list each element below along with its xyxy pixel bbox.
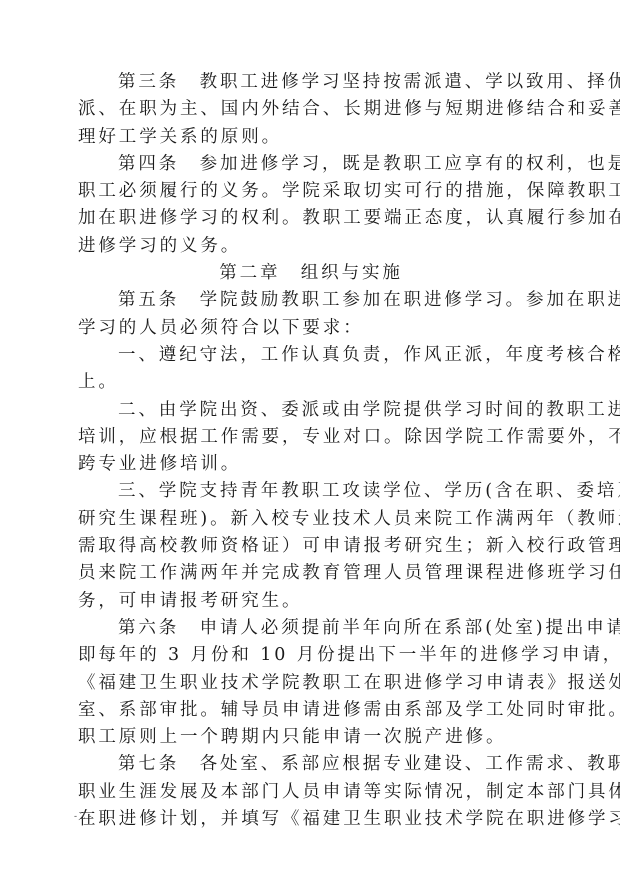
article-4-line-1: 第四条 参加进修学习，既是教职工应享有的权利，也是教 (78, 151, 544, 178)
item-2-line-2: 培训，应根据工作需要，专业对口。除因学院工作需要外，不得 (78, 424, 544, 451)
page-number: - 2 - (74, 812, 92, 822)
article-5-line-2: 学习的人员必须符合以下要求： (78, 315, 544, 342)
article-6-line-5: 职工原则上一个聘期内只能申请一次脱产进修。 (78, 724, 544, 751)
item-3-line-4: 员来院工作满两年并完成教育管理人员管理课程进修班学习任 (78, 560, 544, 587)
article-4-line-3: 加在职进修学习的权利。教职工要端正态度，认真履行参加在职 (78, 205, 544, 232)
item-3-line-1: 三、学院支持青年教职工攻读学位、学历(含在职、委培及 (78, 478, 544, 505)
article-7-line-3: 在职进修计划，并填写《福建卫生职业技术学院在职进修学习计 (78, 806, 544, 833)
article-3-line-3: 理好工学关系的原则。 (78, 124, 544, 151)
article-3-line-2: 派、在职为主、国内外结合、长期进修与短期进修结合和妥善处 (78, 96, 544, 123)
article-7-line-1: 第七条 各处室、系部应根据专业建设、工作需求、教职工 (78, 751, 544, 778)
document-body: 第三条 教职工进修学习坚持按需派遣、学以致用、择优选 派、在职为主、国内外结合、… (78, 69, 544, 833)
item-3-line-5: 务，可申请报考研究生。 (78, 588, 544, 615)
chapter-heading: 第二章 组织与实施 (78, 260, 544, 287)
article-7-line-2: 职业生涯发展及本部门人员申请等实际情况，制定本部门具体的 (78, 779, 544, 806)
article-3-line-1: 第三条 教职工进修学习坚持按需派遣、学以致用、择优选 (78, 69, 544, 96)
article-6-line-2: 即每年的 3 月份和 10 月份提出下一半年的进修学习申请，填写 (78, 642, 544, 669)
article-6-line-3: 《福建卫生职业技术学院教职工在职进修学习申请表》报送处 (78, 670, 544, 697)
item-2-line-1: 二、由学院出资、委派或由学院提供学习时间的教职工进修、 (78, 397, 544, 424)
item-2-line-3: 跨专业进修培训。 (78, 451, 544, 478)
article-6-line-1: 第六条 申请人必须提前半年向所在系部(处室)提出申请， (78, 615, 544, 642)
article-4-line-2: 职工必须履行的义务。学院采取切实可行的措施，保障教职工参 (78, 178, 544, 205)
article-5-line-1: 第五条 学院鼓励教职工参加在职进修学习。参加在职进修 (78, 287, 544, 314)
article-4-line-4: 进修学习的义务。 (78, 233, 544, 260)
item-3-line-3: 需取得高校教师资格证）可申请报考研究生；新入校行政管理人 (78, 533, 544, 560)
article-6-line-4: 室、系部审批。辅导员申请进修需由系部及学工处同时审批。教 (78, 697, 544, 724)
item-1-line-1: 一、遵纪守法，工作认真负责，作风正派，年度考核合格以 (78, 342, 544, 369)
item-3-line-2: 研究生课程班)。新入校专业技术人员来院工作满两年（教师还 (78, 506, 544, 533)
item-1-line-2: 上。 (78, 369, 544, 396)
